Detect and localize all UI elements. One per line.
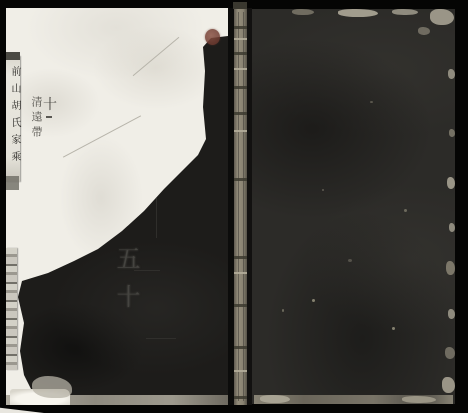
pencil-volume-number: 十	[43, 94, 57, 114]
scuff-mark	[445, 347, 455, 359]
scuff-mark	[392, 9, 418, 15]
spine-top-tip	[233, 2, 247, 9]
edge-highlight	[402, 396, 436, 403]
scuff-mark	[418, 27, 430, 35]
scuff-mark	[446, 261, 455, 275]
speck	[312, 299, 315, 302]
stitch-mark	[234, 68, 247, 70]
pencil-dash-mark	[46, 116, 52, 118]
cover-crack	[156, 198, 157, 238]
stitch-mark	[234, 370, 247, 372]
scuff-mark	[447, 177, 455, 189]
speck	[322, 189, 324, 191]
label-bottom-smudge	[6, 176, 19, 190]
edge-highlight	[260, 395, 290, 403]
stitch-mark	[234, 112, 247, 115]
red-seal-dot	[205, 29, 220, 45]
scuff-mark	[442, 377, 455, 393]
stitch-mark	[234, 346, 247, 349]
speck	[392, 327, 395, 330]
scuff-mark	[448, 309, 455, 319]
stitch-mark	[234, 256, 247, 259]
label-top-smudge	[6, 52, 20, 60]
paper-scratch	[63, 115, 141, 157]
stitch-mark	[234, 178, 247, 181]
paper-scratch	[133, 37, 180, 76]
stitch-mark	[234, 26, 247, 29]
speck	[348, 259, 352, 262]
title-label-text: 前山胡氏家乘	[7, 66, 22, 168]
scuff-mark	[338, 9, 378, 17]
stitch-mark	[234, 38, 247, 40]
speck	[370, 101, 373, 103]
left-cover: 五十 前山胡氏家乘 清遠帶 十	[6, 8, 228, 405]
scuff-mark	[448, 69, 455, 79]
cover-crack	[146, 338, 176, 339]
spine-title-label: 前山胡氏家乘	[6, 56, 20, 182]
chalk-marks: 五十	[110, 246, 144, 356]
speck	[282, 309, 284, 312]
scuff-mark	[292, 9, 314, 15]
right-cover	[252, 9, 455, 404]
stitch-mark	[234, 86, 247, 89]
spine-thread	[238, 12, 239, 401]
stitch-mark	[234, 304, 247, 307]
stitch-mark	[234, 396, 247, 399]
torn-label-remnant	[6, 248, 17, 370]
scuff-mark	[430, 9, 454, 25]
book-scan: 五十 前山胡氏家乘 清遠帶 十	[0, 0, 468, 413]
scanner-background-corner	[0, 406, 44, 413]
book-photo: 五十 前山胡氏家乘 清遠帶 十	[6, 8, 456, 405]
stitch-mark	[234, 130, 247, 132]
scuff-mark	[449, 223, 455, 232]
speck	[404, 209, 407, 212]
scuff-mark	[449, 129, 455, 137]
pencil-annotation: 清遠帶	[28, 96, 44, 141]
sewn-spine	[234, 8, 247, 405]
spine-thread	[243, 12, 244, 401]
stitch-mark	[234, 52, 247, 55]
stitch-mark	[234, 272, 247, 274]
